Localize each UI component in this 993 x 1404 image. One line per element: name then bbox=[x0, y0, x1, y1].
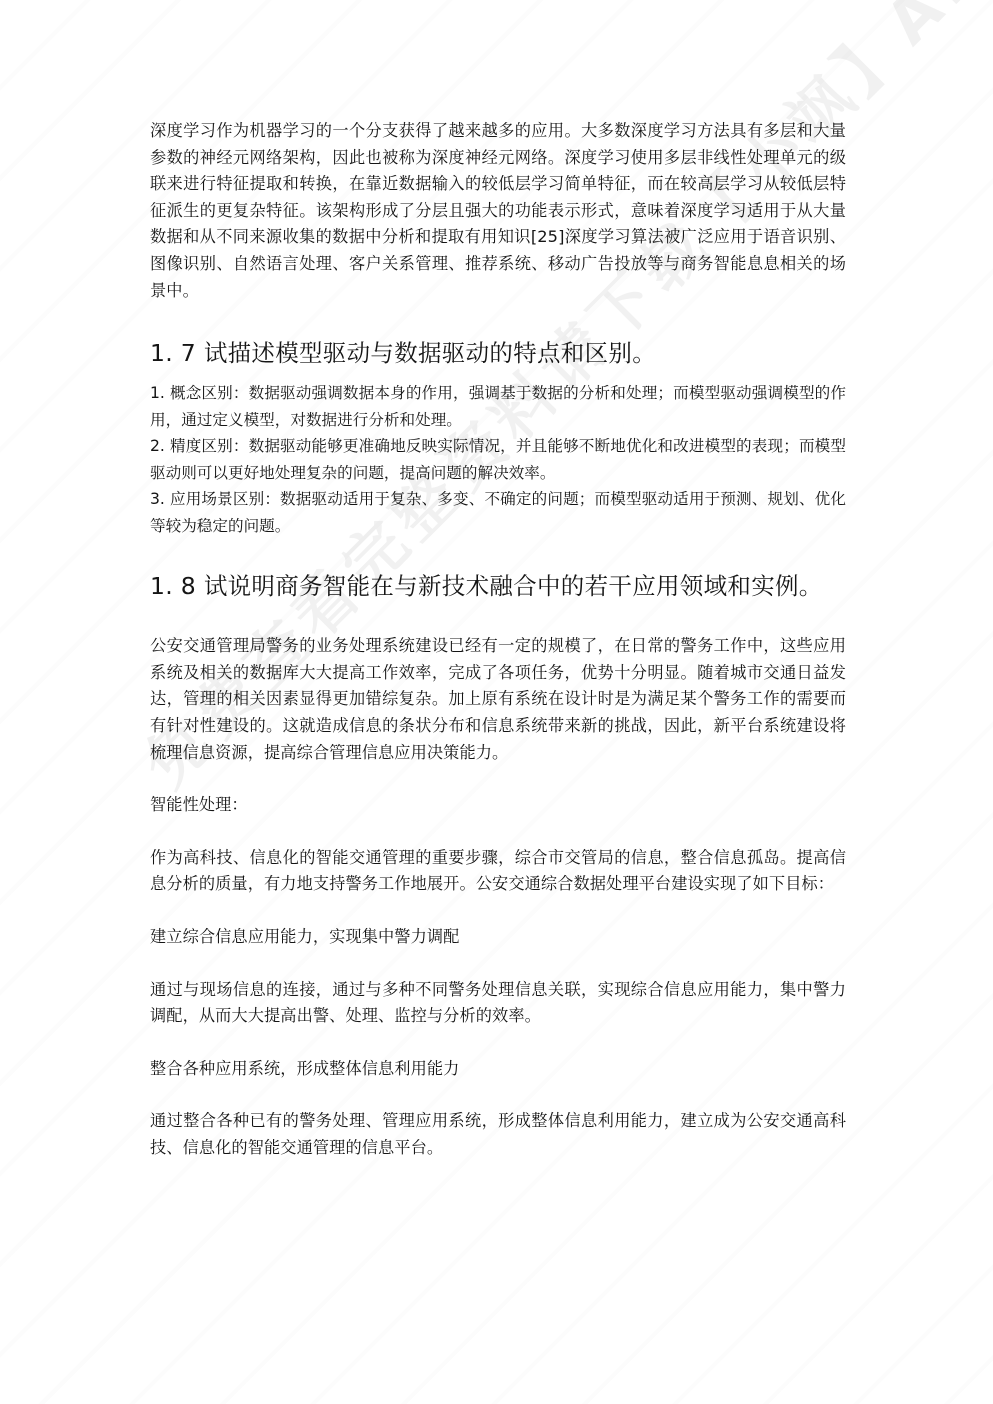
paragraph-system-integration: 通过整合各种已有的警务处理、管理应用系统，形成整体信息利用能力，建立成为公安交通… bbox=[150, 1108, 846, 1161]
list-item-scenario: 3. 应用场景区别：数据驱动适用于复杂、多变、不确定的问题；而模型驱动适用于预测… bbox=[150, 486, 846, 539]
document-body: 深度学习作为机器学习的一个分支获得了越来越多的应用。大多数深度学习方法具有多层和… bbox=[150, 118, 846, 1161]
paragraph-background: 公安交通管理局警务的业务处理系统建设已经有一定的规模了，在日常的警务工作中，这些… bbox=[150, 633, 846, 766]
document-page: 免费查看完整资料请下载【小飒】APP 深度学习作为机器学习的一个分支获得了越来越… bbox=[0, 0, 993, 1404]
list-item-precision: 2. 精度区别：数据驱动能够更准确地反映实际情况，并且能够不断地优化和改进模型的… bbox=[150, 433, 846, 486]
paragraph-goals: 作为高科技、信息化的智能交通管理的重要步骤，综合市交管局的信息，整合信息孤岛。提… bbox=[150, 845, 846, 898]
list-item-concept: 1. 概念区别：数据驱动强调数据本身的作用，强调基于数据的分析和处理；而模型驱动… bbox=[150, 380, 846, 433]
section-heading-1-8: 1. 8 试说明商务智能在与新技术融合中的若干应用领域和实例。 bbox=[150, 569, 846, 603]
section-heading-1-7: 1. 7 试描述模型驱动与数据驱动的特点和区别。 bbox=[150, 336, 846, 370]
intro-paragraph: 深度学习作为机器学习的一个分支获得了越来越多的应用。大多数深度学习方法具有多层和… bbox=[150, 118, 846, 304]
subheading-intelligent-processing: 智能性处理： bbox=[150, 792, 846, 819]
subheading-system-integration: 整合各种应用系统，形成整体信息利用能力 bbox=[150, 1056, 846, 1083]
comparison-list: 1. 概念区别：数据驱动强调数据本身的作用，强调基于数据的分析和处理；而模型驱动… bbox=[150, 380, 846, 539]
paragraph-integrated-info: 通过与现场信息的连接，通过与多种不同警务处理信息关联，实现综合信息应用能力，集中… bbox=[150, 977, 846, 1030]
subheading-integrated-info: 建立综合信息应用能力，实现集中警力调配 bbox=[150, 924, 846, 951]
